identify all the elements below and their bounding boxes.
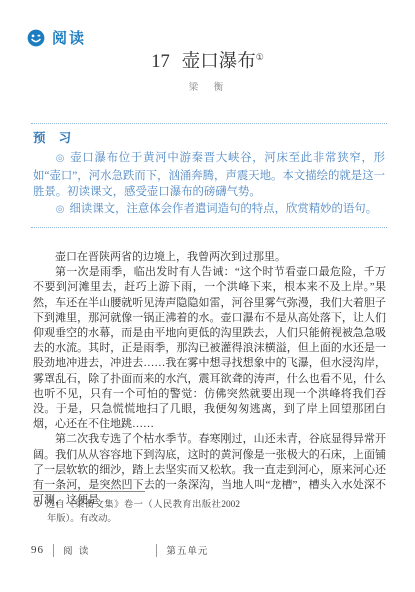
footnote-text: 选自《梁衡文集》卷一（人民教育出版社2002年版）。有改动。 <box>46 500 240 524</box>
section-header: 阅读 <box>27 27 86 48</box>
author-name: 梁 衡 <box>0 79 415 93</box>
ring-bullet-icon: ◎ <box>56 153 65 164</box>
preview-item: ◎细读课文，注意体会作者遣词造句的特点，欣赏精妙的语句。 <box>33 201 385 219</box>
footnote: ①选自《梁衡文集》卷一（人民教育出版社2002年版）。有改动。 <box>33 498 240 526</box>
preview-item: ◎壶口瀑布位于黄河中游秦晋大峡谷，河床至此非常狭窄，形如“壶口”，河水急跌而下，… <box>33 150 385 201</box>
ring-bullet-icon: ◎ <box>56 204 65 215</box>
footnote-marker: ① <box>33 500 42 510</box>
lesson-name: 壶口瀑布 <box>182 52 256 72</box>
footer-section-label: 阅 读 <box>63 543 90 557</box>
smiley-face-icon <box>27 29 45 47</box>
section-header-label: 阅读 <box>52 27 86 48</box>
preview-item-text: 壶口瀑布位于黄河中游秦晋大峡谷，河床至此非常狭窄，形如“壶口”，河水急跌而下，汹… <box>33 152 385 198</box>
lesson-body: 壶口在晋陕两省的边境上，我曾两次到过那里。 第一次是雨季，临出发时有人告诫：“这… <box>33 250 386 508</box>
lesson-number: 17 <box>151 52 170 72</box>
footer-unit-label: 第五单元 <box>166 543 208 557</box>
footer-divider <box>156 544 157 557</box>
page-number: 96 <box>31 544 44 556</box>
body-paragraph: 第一次是雨季，临出发时有人告诫：“这个时节看壶口最危险，千万不要到河滩里去，赶巧… <box>33 265 386 432</box>
body-paragraph: 壶口在晋陕两省的边境上，我曾两次到过那里。 <box>33 250 386 265</box>
footnote-divider <box>33 491 145 492</box>
preview-heading: 预 习 <box>33 130 385 147</box>
preview-item-text: 细读课文，注意体会作者遣词造句的特点，欣赏精妙的语句。 <box>70 203 378 215</box>
page-footer: 96 阅 读 第五单元 <box>31 543 208 557</box>
footer-divider <box>53 544 54 557</box>
textbook-page: 阅读 17壶口瀑布① 梁 衡 预 习 ◎壶口瀑布位于黄河中游秦晋大峡谷，河床至此… <box>0 0 415 592</box>
title-footnote-mark: ① <box>256 52 264 62</box>
preview-box: 预 习 ◎壶口瀑布位于黄河中游秦晋大峡谷，河床至此非常狭窄，形如“壶口”，河水急… <box>31 123 387 228</box>
lesson-title: 17壶口瀑布① <box>0 47 415 73</box>
